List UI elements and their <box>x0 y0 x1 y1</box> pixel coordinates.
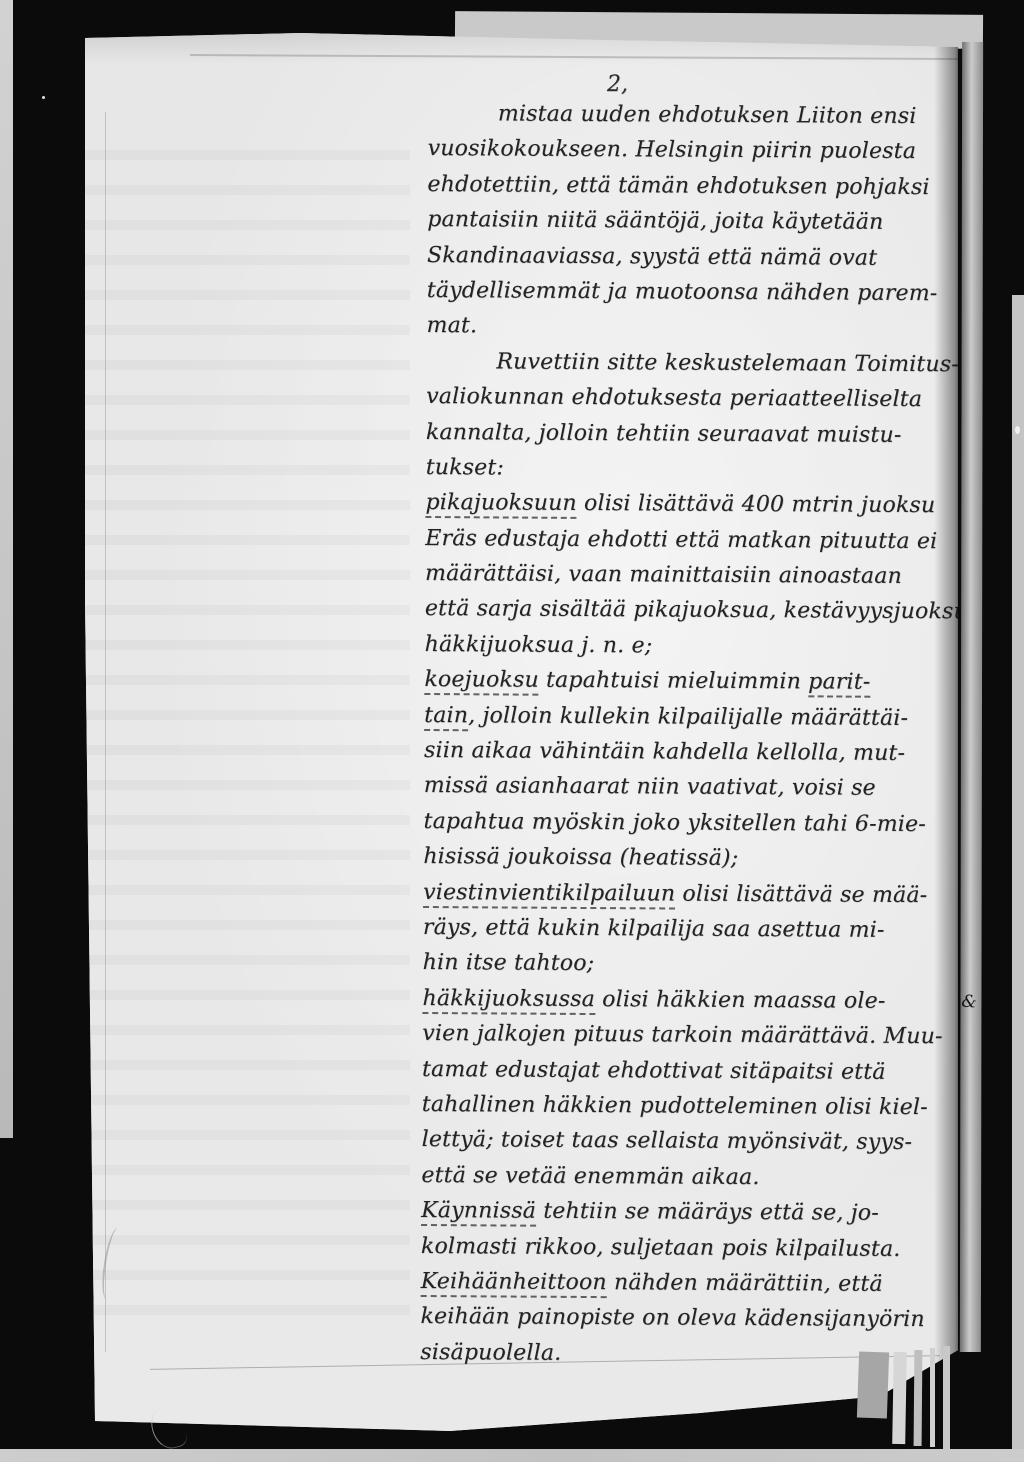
page-number: 2, <box>607 74 628 96</box>
film-edge-bottom <box>0 1449 1024 1462</box>
text-segment: että se vetää enemmän aikaa. <box>421 1163 759 1190</box>
text-segment: Ruvettiin sitte keskustelemaan Toimitus- <box>496 349 959 377</box>
text-line: mistaa uuden ehdotuksen Liiton ensi <box>428 96 1003 135</box>
film-edge-right <box>1012 295 1024 1462</box>
underlined-term: parit- <box>808 670 870 698</box>
microfilm-scan: & 2, mistaa uuden ehdotuksen Liiton ensi… <box>0 0 1024 1462</box>
underlined-term: häkkijuoksussa <box>422 986 595 1015</box>
text-segment: määrättäisi, vaan mainittaisiin ainoasta… <box>425 561 902 589</box>
text-segment: lettyä; toiset taas sellaista myönsivät,… <box>422 1127 913 1155</box>
text-line: missä asianhaarat niin vaativat, voisi s… <box>424 768 999 807</box>
text-line: ehdotettiin, että tämän ehdotuksen pohja… <box>427 167 1002 206</box>
text-segment: tapahtuisi mieluimmin <box>539 668 809 695</box>
text-line: että se vetää enemmän aikaa. <box>421 1158 996 1197</box>
text-segment: valiokunnan ehdotuksesta periaatteellise… <box>426 384 922 412</box>
text-line: häkkijuoksussa olisi häkkien maassa ole- <box>422 981 997 1020</box>
text-segment: tehtiin se määräys että se, jo- <box>536 1199 879 1226</box>
text-line: tukset: <box>426 450 1001 489</box>
text-segment: täydellisemmät ja muotoonsa nähden parem… <box>427 278 938 306</box>
text-line: Keihäänheittoon nähden määrättiin, että <box>421 1264 996 1303</box>
manuscript-page: 2, mistaa uuden ehdotuksen Liiton ensivu… <box>80 30 960 1438</box>
text-line: koejuoksu tapahtuisi mieluimmin parit- <box>424 662 999 701</box>
text-line: kolmasti rikkoo, suljetaan pois kilpailu… <box>421 1228 996 1267</box>
text-line: hin itse tahtoo; <box>423 945 998 984</box>
text-line: tain, jolloin kullekin kilpailijalle mää… <box>424 698 999 737</box>
text-line: häkkijuoksua j. n. e; <box>425 627 1000 666</box>
dust-speck <box>42 96 45 99</box>
handwritten-text: mistaa uuden ehdotuksen Liiton ensivuosi… <box>420 96 1003 1374</box>
text-line: hisissä joukoissa (heatissä); <box>423 839 998 878</box>
text-segment: mistaa uuden ehdotuksen Liiton ensi <box>498 101 917 129</box>
text-segment: tukset: <box>426 455 504 480</box>
text-line: mat. <box>426 308 1001 347</box>
text-segment: tahallinen häkkien pudotteleminen olisi … <box>422 1092 928 1120</box>
text-line: siin aikaa vähintäin kahdella kellolla, … <box>424 733 999 772</box>
text-segment: , jolloin kullekin kilpailijalle määrätt… <box>468 703 908 731</box>
text-line: pikajuoksuun olisi lisättävä 400 mtrin j… <box>425 485 1000 524</box>
text-line: tamat edustajat ehdottivat sitäpaitsi et… <box>422 1052 997 1091</box>
text-line: pantaisiin niitä sääntöjä, joita käytetä… <box>427 202 1002 241</box>
text-line: Skandinaaviassa, syystä että nämä ovat <box>427 238 1002 277</box>
text-line: keihään painopiste on oleva kädensijanyö… <box>420 1299 995 1338</box>
text-segment: räys, että kukin kilpailija saa asettua … <box>423 915 885 943</box>
text-segment: mat. <box>427 313 478 338</box>
stacked-page-edge <box>930 1348 935 1447</box>
film-edge-left <box>0 0 13 1138</box>
text-segment: olisi lisättävä se mää- <box>675 881 927 908</box>
underlined-term: Käynnissä <box>421 1198 536 1227</box>
text-segment: kannalta, jolloin tehtiin seuraavat muis… <box>426 420 902 448</box>
text-line: Ruvettiin sitte keskustelemaan Toimitus- <box>426 344 1001 383</box>
underlined-term: Keihäänheittoon <box>421 1269 607 1298</box>
underlined-term: tain <box>424 703 468 731</box>
text-line: tahallinen häkkien pudotteleminen olisi … <box>422 1087 997 1126</box>
text-segment: että sarja sisältää pikajuoksua, kestävy… <box>425 596 989 624</box>
text-segment: tamat edustajat ehdottivat sitäpaitsi et… <box>422 1057 886 1085</box>
text-line: määrättäisi, vaan mainittaisiin ainoasta… <box>425 556 1000 595</box>
underlined-term: pikajuoksuun <box>425 490 577 519</box>
text-segment: ehdotettiin, että tämän ehdotuksen pohja… <box>427 172 929 200</box>
text-line: Eräs edustaja ehdotti että matkan pituut… <box>425 521 1000 560</box>
text-segment: sisäpuolella. <box>420 1340 561 1366</box>
page-curl-mark <box>98 1227 129 1301</box>
text-segment: olisi lisättävä 400 mtrin juoksu <box>577 491 936 518</box>
text-segment: missä asianhaarat niin vaativat, voisi s… <box>424 773 876 801</box>
adjacent-page-edge: & <box>960 42 983 1352</box>
page-under-edge-line-left <box>105 112 106 1352</box>
text-segment: Skandinaaviassa, syystä että nämä ovat <box>427 243 877 271</box>
stacked-page-edge <box>892 1352 907 1444</box>
text-segment: hin itse tahtoo; <box>423 950 595 976</box>
text-line: valiokunnan ehdotuksesta periaatteellise… <box>426 379 1001 418</box>
text-segment: keihään painopiste on oleva kädensijanyö… <box>420 1304 924 1332</box>
underlined-term: koejuoksu <box>424 667 539 696</box>
text-segment: Eräs edustaja ehdotti että matkan pituut… <box>425 526 937 554</box>
stacked-page-edge <box>943 1346 950 1449</box>
text-segment: pantaisiin niitä sääntöjä, joita käytetä… <box>427 207 883 235</box>
text-segment: hisissä joukoissa (heatissä); <box>423 844 738 871</box>
text-segment: siin aikaa vähintäin kahdella kellolla, … <box>424 738 905 766</box>
text-line: vuosikokoukseen. Helsingin piirin puoles… <box>428 131 1003 170</box>
page-under-edge-line-top <box>190 54 958 60</box>
marginal-ink-glyph: & <box>961 993 977 1011</box>
text-line: Käynnissä tehtiin se määräys että se, jo… <box>421 1193 996 1232</box>
text-line: sisäpuolella. <box>420 1335 995 1374</box>
text-line: että sarja sisältää pikajuoksua, kestävy… <box>425 591 1000 630</box>
text-segment: vien jalkojen pituus tarkoin määrättävä.… <box>422 1021 943 1049</box>
text-line: vien jalkojen pituus tarkoin määrättävä.… <box>422 1016 997 1055</box>
stacked-page-edge-slab <box>857 1351 889 1418</box>
text-line: tapahtua myöskin joko yksitellen tahi 6-… <box>423 804 998 843</box>
underlined-term: viestinvientikilpailuun <box>423 880 675 910</box>
text-segment: olisi häkkien maassa ole- <box>595 987 886 1014</box>
text-line: lettyä; toiset taas sellaista myönsivät,… <box>422 1122 997 1161</box>
text-line: täydellisemmät ja muotoonsa nähden parem… <box>427 273 1002 312</box>
text-segment: häkkijuoksua j. n. e; <box>425 632 653 658</box>
text-segment: nähden määrättiin, että <box>607 1270 883 1297</box>
dust-speck <box>1015 426 1020 434</box>
text-line: viestinvientikilpailuun olisi lisättävä … <box>423 875 998 914</box>
stacked-page-edge <box>914 1350 923 1446</box>
text-line: kannalta, jolloin tehtiin seuraavat muis… <box>426 415 1001 454</box>
text-segment: vuosikokoukseen. Helsingin piirin puoles… <box>428 136 917 164</box>
text-segment: kolmasti rikkoo, suljetaan pois kilpailu… <box>421 1233 901 1261</box>
text-line: räys, että kukin kilpailija saa asettua … <box>423 910 998 949</box>
text-segment: tapahtua myöskin joko yksitellen tahi 6-… <box>423 809 926 837</box>
